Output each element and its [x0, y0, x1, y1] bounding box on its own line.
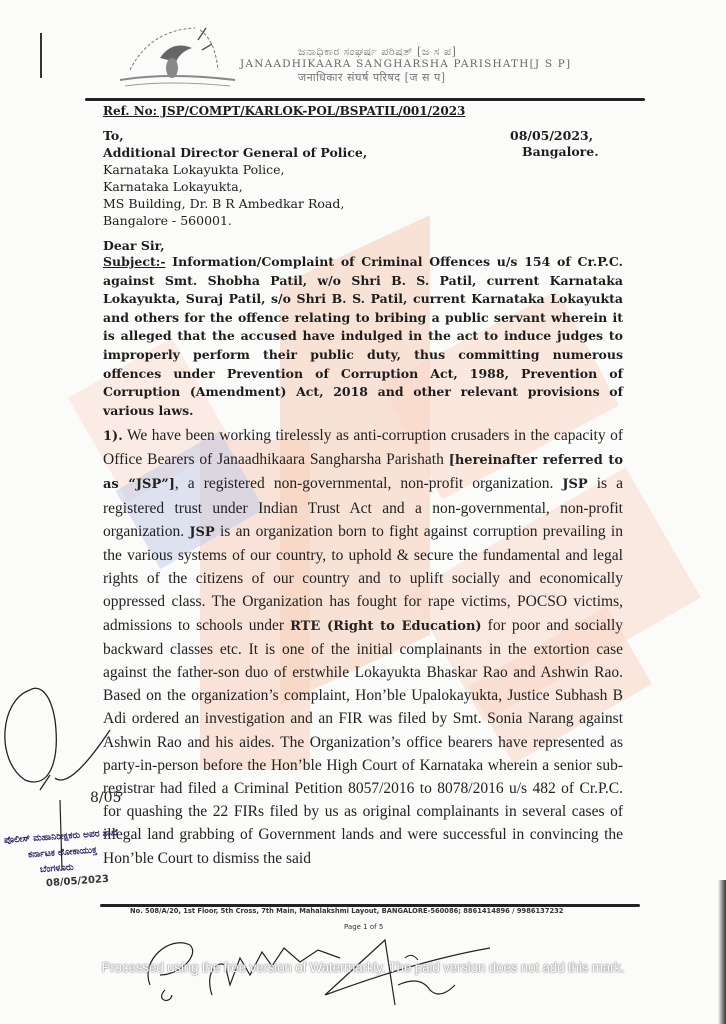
reference-number: Ref. No: JSP/COMPT/KARLOK-POL/BSPATIL/00…: [103, 104, 465, 118]
subject: Subject:- Information/Complaint of Crimi…: [103, 253, 623, 420]
handwritten-date: 8/05: [90, 790, 121, 806]
watermarkly-notice: Processed using the free version of Wate…: [0, 960, 726, 975]
salutation: Dear Sir,: [103, 238, 165, 253]
recipient-title: Additional Director General of Police,: [103, 144, 367, 161]
paragraph-number: 1).: [103, 429, 123, 444]
recipient-line: Karnataka Lokayukta,: [103, 178, 367, 195]
stamp-received-date: 08/05/2023: [46, 874, 110, 889]
page-number: Page 1 of 5: [344, 923, 383, 931]
paragraph-text: , a registered non-governmental, non-pro…: [175, 475, 563, 492]
stamp-line: ಪೊಲೀಸ್ ಮಹಾನಿರೀಕ್ಷಕರು ಅಪರ ಶಾಖೆ: [4, 828, 118, 846]
stamp-line: ಕರ್ನಾಟಕ ಲೋಕಾಯುಕ್ತ: [28, 846, 98, 861]
header-rule: [85, 98, 645, 101]
paragraph-bold: JSP: [189, 525, 214, 540]
recipient-line: Bangalore - 560001.: [103, 212, 367, 229]
org-name-hindi: जनाधिकार संघर्ष परिषद [ज स प]: [298, 70, 446, 85]
subject-label: Subject:-: [103, 254, 166, 269]
org-logo-icon: [110, 20, 250, 90]
recipient-address: Additional Director General of Police, K…: [103, 144, 367, 229]
letter-date: 08/05/2023,: [510, 128, 593, 143]
document-page: ಜನಾಧಿಕಾರ ಸಂಘರ್ಷ ಪರಿಷತ್ [ಜ ಸ ಪ] JANAADHIK…: [0, 0, 726, 1024]
paragraph-bold: JSP: [562, 477, 587, 492]
staple-mark: [40, 33, 46, 78]
org-name-english: JANAADHIKAARA SANGHARSHA PARISHATH[J S P…: [240, 58, 571, 70]
paragraph-bold: RTE (Right to Education): [290, 619, 482, 634]
page-edge-shadow: [718, 880, 726, 1024]
to-label: To,: [103, 128, 124, 143]
letter-place: Bangalore.: [522, 144, 599, 159]
paragraph-text: for poor and socially backward classes e…: [103, 617, 623, 867]
stamp-line: ಬೆಂಗಳೂರು: [40, 863, 74, 875]
footer-address: No. 508/A/20, 1st Floor, 5th Cross, 7th …: [130, 907, 563, 915]
subject-text: Information/Complaint of Criminal Offenc…: [103, 254, 623, 418]
recipient-line: MS Building, Dr. B R Ambedkar Road,: [103, 195, 367, 212]
recipient-line: Karnataka Lokayukta Police,: [103, 161, 367, 178]
org-name-kannada: ಜನಾಧಿಕಾರ ಸಂಘರ್ಷ ಪರಿಷತ್ [ಜ ಸ ಪ]: [298, 45, 456, 59]
paragraph-1: 1). We have been working tirelessly as a…: [103, 424, 623, 870]
